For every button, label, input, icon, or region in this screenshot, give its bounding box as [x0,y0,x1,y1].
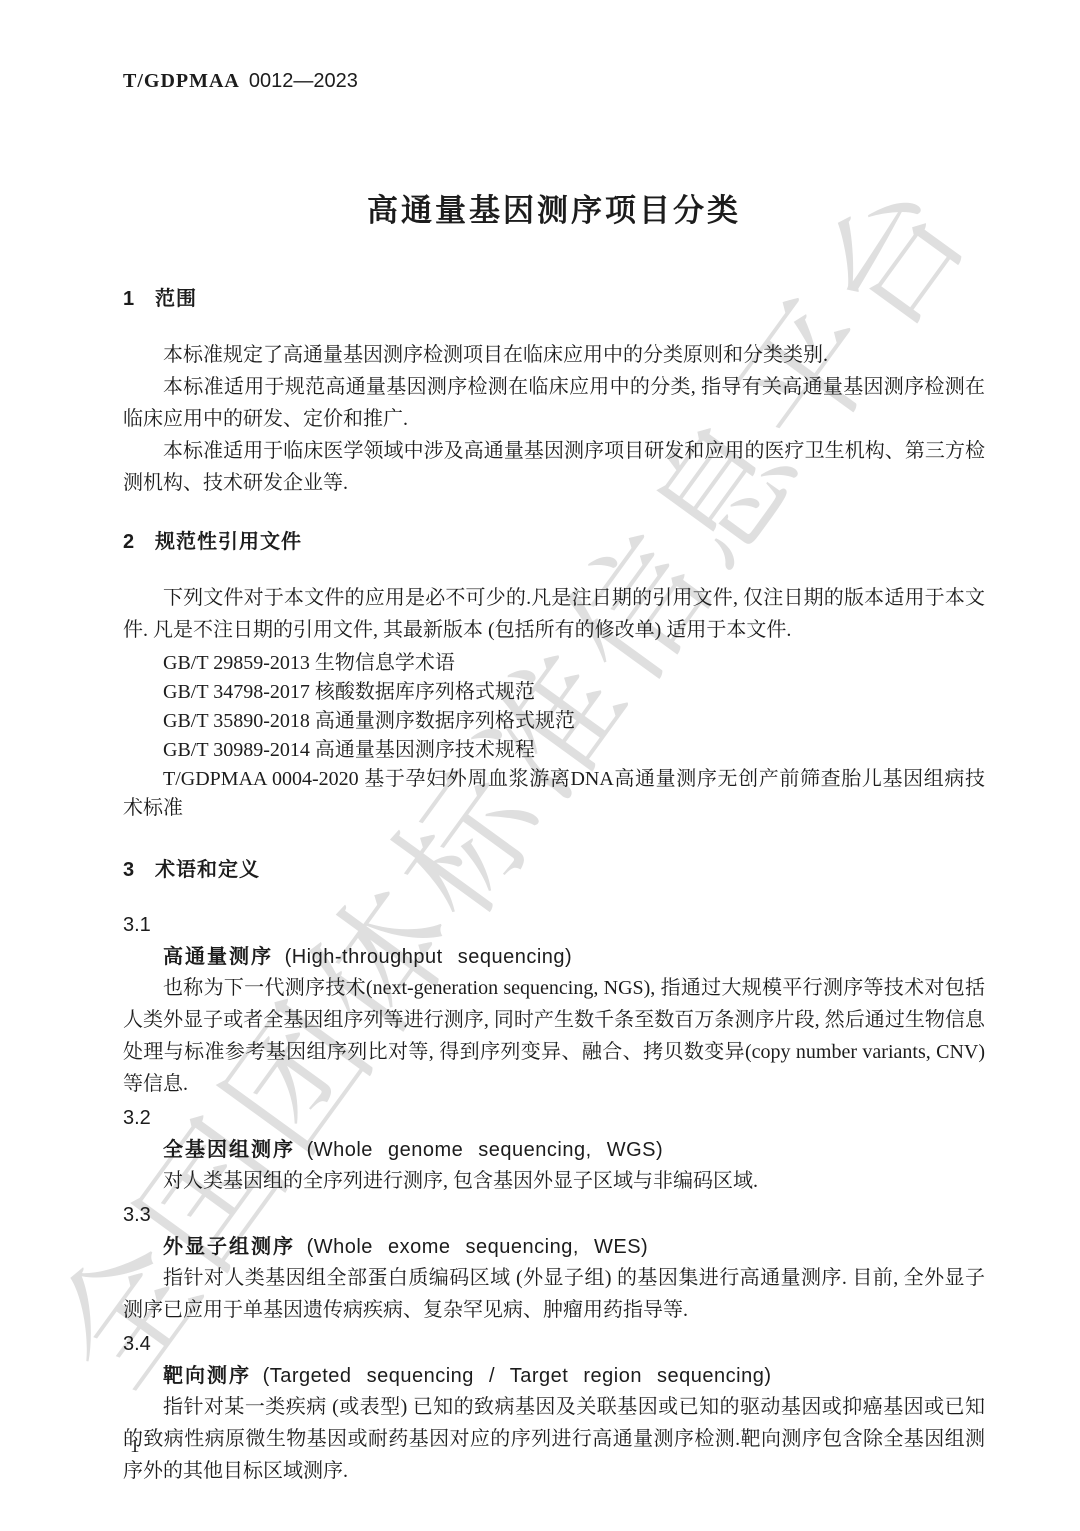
term-item: 3.1 高通量测序 (High-throughput sequencing) 也… [123,910,985,1100]
section-number: 2 [123,531,155,554]
section-number: 1 [123,288,155,311]
term-definition: 指针对某一类疾病 (或表型) 已知的致病基因及关联基因或已知的驱动基因或抑癌基因… [123,1391,985,1487]
term-number: 3.1 [123,910,985,940]
terms-body: 3.1 高通量测序 (High-throughput sequencing) 也… [123,910,985,1487]
doc-code: T/GDPMAA0012—2023 [123,0,985,93]
term-item: 3.4 靶向测序 (Targeted sequencing / Target r… [123,1329,985,1487]
term-number: 3.3 [123,1200,985,1230]
section-normative-references: 2规范性引用文件 下列文件对于本文件的应用是必不可少的.凡是注日期的引用文件, … [123,525,985,823]
section-title: 范围 [155,288,197,310]
term-title: 靶向测序 (Targeted sequencing / Target regio… [163,1361,985,1391]
reference-item: T/GDPMAA 0004-2020 基于孕妇外周血浆游离DNA高通量测序无创产… [123,765,985,823]
term-title: 高通量测序 (High-throughput sequencing) [163,942,985,972]
section-scope: 1范围 本标准规定了高通量基因测序检测项目在临床应用中的分类原则和分类类别. 本… [123,282,985,499]
term-name-zh: 外显子组测序 [163,1236,295,1258]
term-name-zh: 全基因组测序 [163,1139,295,1161]
term-title: 外显子组测序 (Whole exome sequencing, WES) [163,1232,985,1262]
doc-code-number: 0012—2023 [249,70,358,92]
reference-item: GB/T 35890-2018 高通量测序数据序列格式规范 [123,707,985,736]
term-name-en: (Whole genome sequencing, WGS) [307,1139,664,1161]
references-intro: 下列文件对于本文件的应用是必不可少的.凡是注日期的引用文件, 仅注日期的版本适用… [123,582,985,646]
term-item: 3.2 全基因组测序 (Whole genome sequencing, WGS… [123,1103,985,1197]
term-definition: 指针对人类基因组全部蛋白质编码区域 (外显子组) 的基因集进行高通量测序. 目前… [123,1262,985,1326]
term-number: 3.4 [123,1329,985,1359]
scope-paragraph: 本标准适用于临床医学领域中涉及高通量基因测序项目研发和应用的医疗卫生机构、第三方… [123,435,985,499]
term-number: 3.2 [123,1103,985,1133]
references-body: 下列文件对于本文件的应用是必不可少的.凡是注日期的引用文件, 仅注日期的版本适用… [123,582,985,823]
term-item: 3.3 外显子组测序 (Whole exome sequencing, WES)… [123,1200,985,1326]
term-title: 全基因组测序 (Whole genome sequencing, WGS) [163,1135,985,1165]
section-scope-heading: 1范围 [123,282,985,311]
term-name-en: (Whole exome sequencing, WES) [307,1236,649,1258]
scope-paragraph: 本标准规定了高通量基因测序检测项目在临床应用中的分类原则和分类类别. [123,339,985,371]
section-title: 术语和定义 [155,859,260,881]
page-content: T/GDPMAA0012—2023 高通量基因测序项目分类 1范围 本标准规定了… [123,0,985,1487]
section-number: 3 [123,859,155,882]
section-references-heading: 2规范性引用文件 [123,525,985,554]
doc-code-prefix: T/GDPMAA [123,70,240,92]
reference-item: GB/T 34798-2017 核酸数据库序列格式规范 [123,678,985,707]
reference-list: GB/T 29859-2013 生物信息学术语 GB/T 34798-2017 … [123,649,985,823]
term-name-en: (Targeted sequencing / Target region seq… [263,1365,772,1387]
doc-title: 高通量基因测序项目分类 [123,185,985,230]
term-name-zh: 高通量测序 [163,946,273,968]
page-number: 1 [130,1436,140,1458]
term-name-en: (High-throughput sequencing) [285,946,573,968]
scope-body: 本标准规定了高通量基因测序检测项目在临床应用中的分类原则和分类类别. 本标准适用… [123,339,985,499]
section-terms-definitions: 3术语和定义 3.1 高通量测序 (High-throughput sequen… [123,853,985,1487]
section-title: 规范性引用文件 [155,531,302,553]
term-name-zh: 靶向测序 [163,1365,251,1387]
section-terms-heading: 3术语和定义 [123,853,985,882]
reference-item: GB/T 30989-2014 高通量基因测序技术规程 [123,736,985,765]
document-page: 全国团体标准信息平台 T/GDPMAA0012—2023 高通量基因测序项目分类… [0,0,1080,1531]
term-definition: 也称为下一代测序技术(next-generation sequencing, N… [123,972,985,1100]
scope-paragraph: 本标准适用于规范高通量基因测序检测在临床应用中的分类, 指导有关高通量基因测序检… [123,371,985,435]
term-definition: 对人类基因组的全序列进行测序, 包含基因外显子区域与非编码区域. [123,1165,985,1197]
reference-item: GB/T 29859-2013 生物信息学术语 [123,649,985,678]
